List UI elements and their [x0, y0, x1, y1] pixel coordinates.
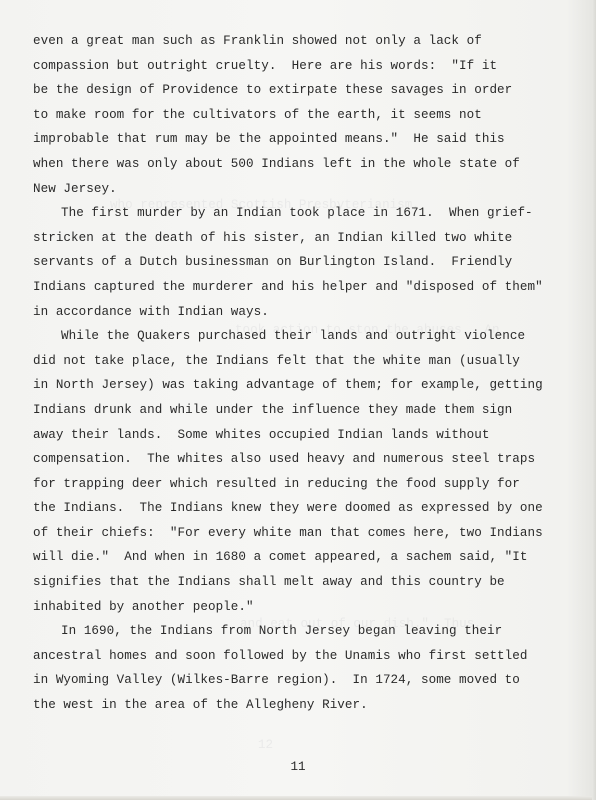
text-line: servants of a Dutch businessman on Burli… [33, 250, 533, 275]
text-line: inhabited by another people." [33, 595, 533, 620]
paragraph: While the Quakers purchased their lands … [33, 324, 533, 619]
text-line: Indians drunk and while under the influe… [33, 398, 533, 423]
text-line: While the Quakers purchased their lands … [33, 324, 533, 349]
text-line: to make room for the cultivators of the … [33, 103, 533, 128]
text-line: the Indians. The Indians knew they were … [33, 496, 533, 521]
text-line: The first murder by an Indian took place… [33, 201, 533, 226]
text-line: In 1690, the Indians from North Jersey b… [33, 619, 533, 644]
bleed-through-page-number: 12 [258, 738, 273, 752]
text-line: in North Jersey) was taking advantage of… [33, 373, 533, 398]
text-line: compensation. The whites also used heavy… [33, 447, 533, 472]
text-line: in accordance with Indian ways. [33, 300, 533, 325]
text-line: be the design of Providence to extirpate… [33, 78, 533, 103]
text-line: ancestral homes and soon followed by the… [33, 644, 533, 669]
text-line: of their chiefs: "For every white man th… [33, 521, 533, 546]
document-page: who represented Scottish Presbyterianism… [0, 0, 596, 800]
text-line: signifies that the Indians shall melt aw… [33, 570, 533, 595]
text-line: away their lands. Some whites occupied I… [33, 423, 533, 448]
text-line: in Wyoming Valley (Wilkes-Barre region).… [33, 668, 533, 693]
paragraph: even a great man such as Franklin showed… [33, 29, 533, 201]
text-line: when there was only about 500 Indians le… [33, 152, 533, 177]
text-line: for trapping deer which resulted in redu… [33, 472, 533, 497]
text-line: will die." And when in 1680 a comet appe… [33, 545, 533, 570]
text-line: compassion but outright cruelty. Here ar… [33, 54, 533, 79]
text-line: stricken at the death of his sister, an … [33, 226, 533, 251]
text-line: even a great man such as Franklin showed… [33, 29, 533, 54]
paragraph: In 1690, the Indians from North Jersey b… [33, 619, 533, 717]
body-text: even a great man such as Franklin showed… [33, 29, 533, 718]
text-line: did not take place, the Indians felt tha… [33, 349, 533, 374]
text-line: Indians captured the murderer and his he… [33, 275, 533, 300]
paragraph: The first murder by an Indian took place… [33, 201, 533, 324]
text-line: New Jersey. [33, 177, 533, 202]
page-number: 11 [0, 760, 596, 774]
text-line: the west in the area of the Allegheny Ri… [33, 693, 533, 718]
text-line: improbable that rum may be the appointed… [33, 127, 533, 152]
